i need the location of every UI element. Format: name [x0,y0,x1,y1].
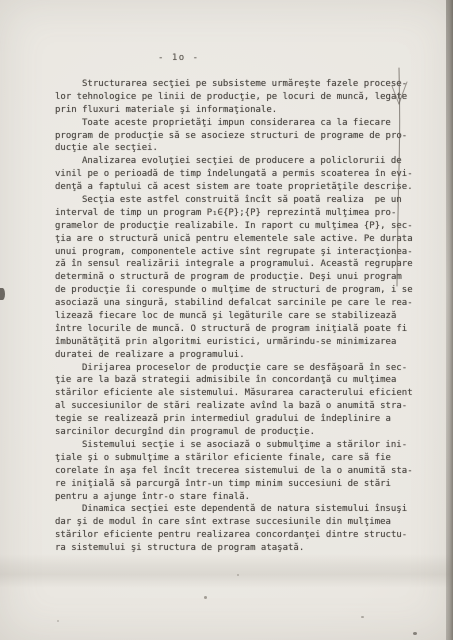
text-line: corelate în aşa fel încît trecerea siste… [55,465,421,478]
paper-speck [237,574,239,576]
paragraph-analizarea: Analizarea evoluţiei secţiei de producer… [55,155,421,194]
page-edge-shadow [446,0,453,640]
paragraph-sectia: Secţia este astfel construită încît să p… [55,194,421,362]
scan-shading-band [0,554,453,588]
text-line: interval de timp un program P₁∈{P};{P} r… [55,207,421,220]
paper-speck [413,632,417,635]
paragraph-sistemului: Sistemului secţie i se asociază o submul… [55,439,421,503]
scanned-page: - 1o - Structurarea secţiei pe subsistem… [0,0,453,640]
text-line: lizează fiecare loc de muncă şi legături… [55,310,421,323]
text-line: Dinamica secţiei este dependentă de natu… [55,503,421,516]
text-line: sarcinilor decurgînd din programul de pr… [55,426,421,439]
text-line: unui program, componentele active sînt r… [55,246,421,259]
text-line: ţia are o structură unică pentru element… [55,233,421,246]
text-line: determină o structură de program de prod… [55,271,421,284]
text-line: re iniţială să parcurgă într-un timp min… [55,478,421,491]
paper-speck [204,596,207,599]
paper-speck [361,616,364,618]
text-line: gramelor de producţie realizabile. In ra… [55,220,421,233]
text-line: ză în sensul realizării integrale a prog… [55,258,421,271]
text-line: asociază una singură, stabilind defalcat… [55,297,421,310]
text-line: pentru a ajunge într-o stare finală. [55,491,421,504]
text-line: dar şi de modul în care sînt extrase suc… [55,516,421,529]
text-line: lor tehnologice pe linii de producţie, p… [55,91,421,104]
margin-pencil-mark [385,58,420,298]
text-line: Dirijarea proceselor de producţie care s… [55,362,421,375]
paragraph-dirijarea: Dirijarea proceselor de producţie care s… [55,362,421,439]
text-line: program de producţie să se asocieze stru… [55,130,421,143]
text-line: prin fluxuri materiale şi informaţionale… [55,104,421,117]
paragraph-toate: Toate aceste proprietăţi impun considera… [55,117,421,156]
ink-blot [0,288,5,300]
text-line: Secţia este astfel construită încît să p… [55,194,421,207]
text-line: denţă a faptului că acest sistem are toa… [55,181,421,194]
text-line: de producţie îi corespunde o mulţime de … [55,284,421,297]
paragraph-structurarea: Structurarea secţiei pe subsisteme urmăr… [55,78,421,117]
page-number: - 1o - [158,53,200,63]
text-line: îmbunătăţită prin algoritmi euristici, u… [55,336,421,349]
text-line: ducţie ale secţiei. [55,142,421,155]
text-line: tegie se realizează prin intermediul gra… [55,413,421,426]
text-line: ţiale şi o submulţime a stărilor eficien… [55,452,421,465]
text-line: Analizarea evoluţiei secţiei de producer… [55,155,421,168]
text-line: Sistemului secţie i se asociază o submul… [55,439,421,452]
text-line: vinil pe o perioadă de timp îndelungată … [55,168,421,181]
text-line: al succesiunilor de stări realizate avîn… [55,400,421,413]
text-line: Structurarea secţiei pe subsisteme urmăr… [55,78,421,91]
text-line: stărilor eficiente ale sistemului. Măsur… [55,387,421,400]
paragraph-dinamica: Dinamica secţiei este dependentă de natu… [55,503,421,555]
paper-speck [57,620,59,622]
text-line: ţie are la bază strategii admisibile în … [55,374,421,387]
text-line: duratei de realizare a programului. [55,349,421,362]
text-line: Toate aceste proprietăţi impun considera… [55,117,421,130]
text-line: stărilor eficiente pentru realizarea con… [55,529,421,542]
document-text: Structurarea secţiei pe subsisteme urmăr… [55,78,421,555]
text-line: între locurile de muncă. O structură de … [55,323,421,336]
